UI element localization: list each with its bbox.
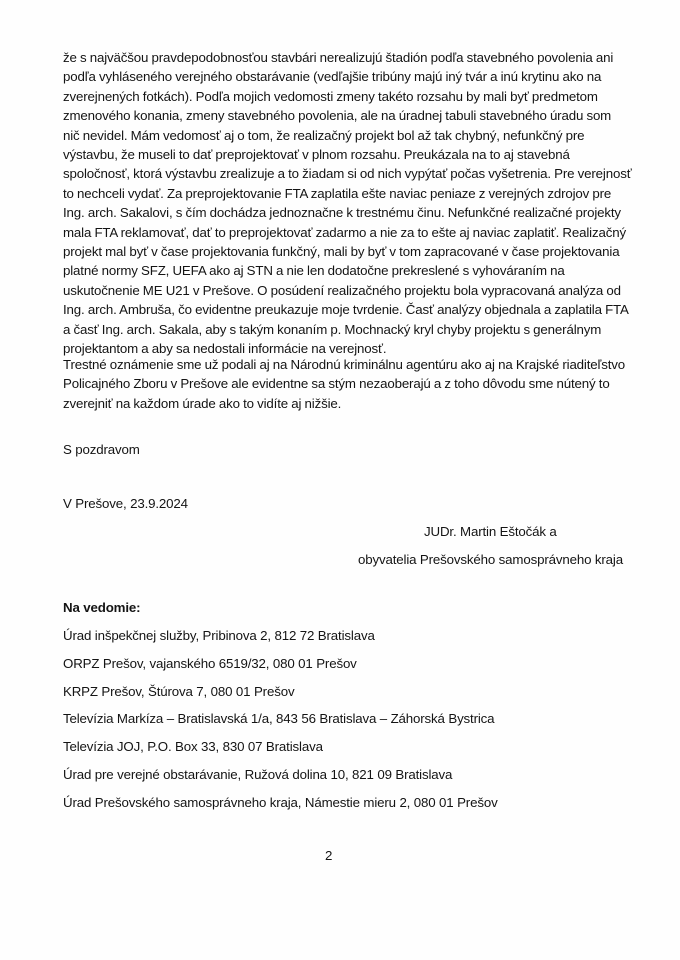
page-number: 2 [325,847,332,865]
text-line: Trestné oznámenie sme už podali aj na Ná… [63,355,623,374]
text-line: to nechceli vydať. Za preprojektovanie F… [63,184,623,203]
text-line: uskutočnenie ME U21 v Prešove. O posúden… [63,281,623,300]
cc-recipient: Televízia JOJ, P.O. Box 33, 830 07 Brati… [63,738,498,766]
body-paragraph-2: Trestné oznámenie sme už podali aj na Ná… [63,355,623,413]
text-line: spoločnosť, ktorá výstavbu zrealizuje a … [63,164,623,183]
text-line: Ing. arch. Ambruša, čo evidentne preukaz… [63,300,623,319]
document-page: že s najväčšou pravdepodobnosťou stavbár… [0,0,680,960]
text-line: výstavbu, že museli to dať preprojektova… [63,145,623,164]
body-paragraph-1: že s najväčšou pravdepodobnosťou stavbár… [63,48,623,359]
cc-recipient: Úrad Prešovského samosprávneho kraja, Ná… [63,794,498,822]
text-line: zmenového konania, zmeny stavebného povo… [63,106,623,125]
text-line: Ing. arch. Sakalovi, s čím dochádza jedn… [63,203,623,222]
text-line: nič nevidel. Mám vedomosť aj o tom, že r… [63,126,623,145]
closing-greeting: S pozdravom [63,441,140,459]
text-line: zverejnených fotkách). Podľa mojich vedo… [63,87,623,106]
cc-recipient: Úrad inšpekčnej služby, Pribinova 2, 812… [63,627,498,655]
text-line: podľa vyhláseného verejného obstarávanie… [63,67,623,86]
cc-recipient-list: Úrad inšpekčnej služby, Pribinova 2, 812… [63,627,498,822]
text-line: mala FTA reklamovať, dať to preprojektov… [63,223,623,242]
cc-recipient: Televízia Markíza – Bratislavská 1/a, 84… [63,710,498,738]
cc-recipient: KRPZ Prešov, Štúrova 7, 080 01 Prešov [63,683,498,711]
signer-name: JUDr. Martin Eštočák a [424,523,557,541]
text-line: projekt mal byť v čase projektovania fun… [63,242,623,261]
text-line: platné normy SFZ, UEFA ako aj STN a nie … [63,261,623,280]
text-line: že s najväčšou pravdepodobnosťou stavbár… [63,48,623,67]
cc-recipient: ORPZ Prešov, vajanského 6519/32, 080 01 … [63,655,498,683]
cc-recipient: Úrad pre verejné obstarávanie, Ružová do… [63,766,498,794]
text-line: zverejniť na každom úrade ako to vidíte … [63,394,623,413]
cc-heading: Na vedomie: [63,599,140,617]
signer-group: obyvatelia Prešovského samosprávneho kra… [358,551,623,569]
text-line: Policajného Zboru v Prešove ale evidentn… [63,374,623,393]
text-line: a časť Ing. arch. Sakala, aby s takým ko… [63,320,623,339]
place-and-date: V Prešove, 23.9.2024 [63,495,188,513]
